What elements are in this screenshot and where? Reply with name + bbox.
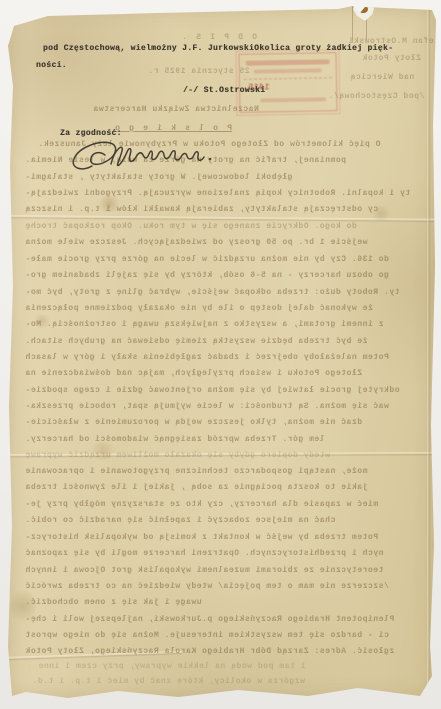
stamp-illegible-line bbox=[254, 68, 322, 73]
bleed-line: go obozu harcerzy - na 5-6 osób, którzy … bbox=[25, 271, 389, 280]
bleed-line: wać się można. Są trudności: w lecie wyj… bbox=[25, 402, 389, 411]
crease-right-edge bbox=[427, 6, 431, 700]
bleed-line: wtedy dopiero gdyby się okazało możliwem… bbox=[25, 451, 330, 460]
bleed-line: ty i kopalni. Robotnicy kopią znalezione… bbox=[25, 189, 410, 198]
bleed-sender-river: nad Wiercicą bbox=[350, 73, 414, 82]
bleed-line: że być trzeba będzie wszystką ziemię ods… bbox=[25, 337, 367, 346]
bleed-addressee-1: Naczelnictwa Związku Harcerstwa bbox=[93, 105, 259, 114]
bleed-line: Plenipotent Hrabiego Raczyńskiego p.Jurk… bbox=[25, 615, 394, 624]
bleed-line: wzgórza w okolicy, które znać by mieć i … bbox=[32, 677, 305, 686]
document-paper: O D P I S . Stefan M.Ostrowski Złoty Pot… bbox=[8, 6, 436, 700]
bleed-line: Złotego Potoku i wsiach przyległych, maj… bbox=[25, 369, 362, 378]
bleed-line: chać na miejsce zobaczyć i zapełnić się … bbox=[25, 516, 335, 525]
bleed-line: do kogo. Odkrycie znanego się w tym roku… bbox=[25, 222, 357, 231]
bleed-line: cy odstręczają stalaktyty, zabierają kaw… bbox=[25, 205, 378, 214]
bleed-copy-label: O D P I S . bbox=[180, 33, 257, 42]
bleed-line: może, nastąpi gospodarczo techniczne prz… bbox=[25, 467, 367, 476]
signature-ink bbox=[66, 138, 226, 180]
bleed-line: wejście 1 br. po 50 groszy od zwiedzając… bbox=[25, 238, 367, 247]
stamp-rule bbox=[244, 77, 332, 80]
stamp: 1415 bbox=[238, 52, 337, 113]
bleed-line: odkrytej grocie łatwiej by się można orj… bbox=[25, 386, 400, 395]
bleed-line: Potem należałoby obejrzeć i zbadać zagłę… bbox=[25, 353, 389, 362]
bleed-line: z innemi grotami, a wszystko z największ… bbox=[25, 320, 384, 329]
bleed-line: dzać nie można, tylko jeszcze wejdą w po… bbox=[25, 418, 362, 427]
bleed-line: i tam pod wodą na lekkie wyprawy, przy c… bbox=[38, 662, 306, 671]
bleed-line: jakie to koszta pociągnie za sobą , jaki… bbox=[25, 483, 367, 492]
bleed-sender-place: Złoty Potok bbox=[362, 54, 421, 63]
bleed-line: mieć w zapasie dla harcerzy, czy kto ze … bbox=[25, 500, 378, 509]
bleed-line: ci - bardzo się tem wszystkiem interesuj… bbox=[25, 631, 389, 640]
bleed-line: uwagę i jak się z onem obchodzić. bbox=[25, 598, 202, 607]
bleed-line: zgłosić. Adres: Zarząd Dóbr Hrabiego Kar… bbox=[25, 647, 394, 656]
typed-line-2: ności. bbox=[36, 61, 67, 70]
bleed-line: lem gór. Trzeba wprzód zasięgnąć wiadomo… bbox=[25, 435, 325, 444]
typed-line-1: pod Częstochową, wielmożny J.F. Jurkowsk… bbox=[43, 44, 393, 53]
handwritten-signature bbox=[66, 138, 226, 180]
bleed-line: ty. Roboty dużo: trzeba odkopać wejście,… bbox=[25, 288, 400, 297]
bleed-line: nych i przedhistorycznych. Opatrzeni har… bbox=[25, 549, 384, 558]
bleed-line: teoretycznie ze zbiorami muzealnemi wyko… bbox=[25, 566, 384, 575]
certification-label: Za zgodność: bbox=[60, 129, 122, 138]
typed-attribution: /-/ St.Ostrowski bbox=[183, 86, 265, 95]
bleed-line: do 136. Czy by nie można urządzić w leci… bbox=[25, 255, 389, 264]
stamp-illegible-line bbox=[260, 97, 326, 102]
bleed-addressee-2: P o l s k i e g o bbox=[113, 124, 232, 133]
bleed-sender-region: /pod Częstochową/. bbox=[328, 92, 424, 101]
bleed-date: 25 stycznia 1925 r. bbox=[148, 67, 250, 76]
stamp-illegible-line bbox=[246, 59, 330, 65]
bleed-line: że wykonać dalej dostęp o ile by nie oka… bbox=[25, 304, 373, 313]
bleed-line: /szczerze nie mam o tem pojęcia/ wtedy w… bbox=[25, 582, 389, 591]
bleed-line: Potem trzeba by wejść w kontakt z komisj… bbox=[25, 533, 378, 542]
